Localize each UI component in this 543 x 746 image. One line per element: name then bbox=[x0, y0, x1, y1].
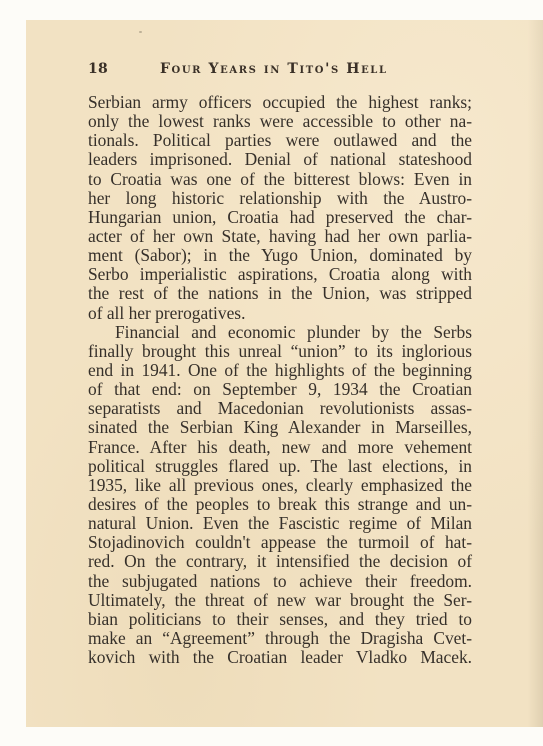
text-line: political struggles flared up. The last … bbox=[88, 457, 472, 476]
paragraph-2: Financial and economic plunder by the Se… bbox=[88, 323, 472, 668]
text-line: only the lowest ranks were accessible to… bbox=[88, 112, 472, 131]
text-line: of all her prerogatives. bbox=[88, 304, 472, 323]
text-line: of that end: on September 9, 1934 the Cr… bbox=[88, 380, 472, 399]
text-line: to Croatia was one of the bitterest blow… bbox=[88, 170, 472, 189]
text-line: her long historic relationship with the … bbox=[88, 189, 472, 208]
text-line: Serbian army officers occupied the highe… bbox=[88, 93, 472, 112]
body-text: Serbian army officers occupied the highe… bbox=[88, 93, 472, 667]
text-line: sinated the Serbian King Alexander in Ma… bbox=[88, 418, 472, 437]
text-line: leaders imprisoned. Denial of national s… bbox=[88, 150, 472, 169]
running-title: Four Years in Tito's Hell bbox=[160, 61, 388, 77]
text-line: acter of her own State, having had her o… bbox=[88, 227, 472, 246]
paragraph-1: Serbian army officers occupied the highe… bbox=[88, 93, 472, 323]
text-line: finally brought this unreal “union” to i… bbox=[88, 342, 472, 361]
running-head: 18 Four Years in Tito's Hell bbox=[88, 60, 478, 80]
text-line: desires of the peoples to break this str… bbox=[88, 495, 472, 514]
text-line: Serbo imperialistic aspirations, Croatia… bbox=[88, 265, 472, 284]
text-line: make an “Agreement” through the Dragisha… bbox=[88, 629, 472, 648]
text-line: Hungarian union, Croatia had preserved t… bbox=[88, 208, 472, 227]
text-line: kovich with the Croatian leader Vladko M… bbox=[88, 648, 472, 667]
text-line: end in 1941. One of the highlights of th… bbox=[88, 361, 472, 380]
text-line: the rest of the nations in the Union, wa… bbox=[88, 284, 472, 303]
page-number: 18 bbox=[88, 61, 108, 77]
text-line: separatists and Macedonian revolutionist… bbox=[88, 399, 472, 418]
book-page: 18 Four Years in Tito's Hell Serbian arm… bbox=[26, 20, 543, 727]
text-line: France. After his death, new and more ve… bbox=[88, 438, 472, 457]
text-line: the subjugated nations to achieve their … bbox=[88, 572, 472, 591]
text-line: Financial and economic plunder by the Se… bbox=[88, 323, 472, 342]
text-line: 1935, like all previous ones, clearly em… bbox=[88, 476, 472, 495]
text-line: natural Union. Even the Fascistic regime… bbox=[88, 514, 472, 533]
text-line: bian politicians to their senses, and th… bbox=[88, 610, 472, 629]
paper-speck bbox=[139, 31, 142, 33]
text-line: ment (Sabor); in the Yugo Union, dominat… bbox=[88, 246, 472, 265]
text-line: Stojadinovich couldn't appease the turmo… bbox=[88, 533, 472, 552]
text-line: red. On the contrary, it intensified the… bbox=[88, 552, 472, 571]
text-line: Ultimately, the threat of new war brough… bbox=[88, 591, 472, 610]
text-line: tionals. Political parties were outlawed… bbox=[88, 131, 472, 150]
